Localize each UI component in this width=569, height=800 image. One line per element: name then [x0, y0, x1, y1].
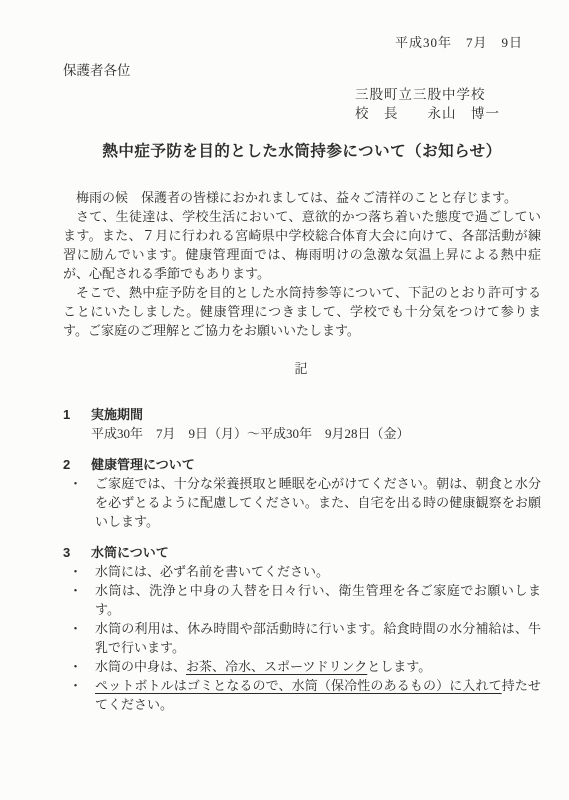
- underlined-allowed-drinks: お茶、冷水、スポーツドリンク: [186, 659, 367, 674]
- underlined-pet-bottle-rule: ペットボトルはゴミとなるので、水筒（保冷性のあるもの）に入れて: [95, 678, 502, 693]
- section-implementation-period: 1 実施期間 平成30年 7月 9日（月）～平成30年 9月28日（金）: [63, 405, 541, 443]
- bullet-marker: ・: [69, 474, 95, 531]
- principal-name: 校 長 永山 博一: [355, 104, 541, 123]
- sender-block: 三股町立三股中学校 校 長 永山 博一: [355, 85, 541, 123]
- bullet-contents-pre: 水筒の中身は、: [95, 659, 186, 674]
- bullet-text: 水筒は、洗浄と中身の入替を日々行い、衛生管理を各ご家庭でお願いします。: [95, 581, 541, 619]
- document-date: 平成30年 7月 9日: [63, 33, 541, 52]
- bullet-item-contents: ・ 水筒の中身は、お茶、冷水、スポーツドリンクとします。: [69, 657, 541, 676]
- bullet-marker: ・: [69, 619, 95, 657]
- section-heading: 健康管理について: [91, 455, 195, 474]
- sections-list: 1 実施期間 平成30年 7月 9日（月）～平成30年 9月28日（金） 2 健…: [63, 405, 541, 714]
- bullet-marker: ・: [69, 676, 95, 714]
- section-number: 3: [63, 543, 91, 562]
- body-text: 梅雨の候 保護者の皆様におかれましては、益々ご清祥のことと存じます。 さて、生徒…: [63, 188, 541, 340]
- bullet-text: 水筒の利用は、休み時間や部活動時に行います。給食時間の水分補給は、牛乳で行います…: [95, 619, 541, 657]
- document-content: 平成30年 7月 9日 保護者各位 三股町立三股中学校 校 長 永山 博一 熱中…: [0, 0, 569, 714]
- section-heading-row: 2 健康管理について: [63, 455, 541, 474]
- bullet-marker: ・: [69, 657, 95, 676]
- section-health-management: 2 健康管理について ・ ご家庭では、十分な栄養摂取と睡眠を心がけてください。朝…: [63, 455, 541, 531]
- recipient-line: 保護者各位: [63, 61, 541, 80]
- bullet-item-pet-bottle: ・ ペットボトルはゴミとなるので、水筒（保冷性のあるもの）に入れて持たせてくださ…: [69, 676, 541, 714]
- bullet-item-hygiene: ・ 水筒は、洗浄と中身の入替を日々行い、衛生管理を各ご家庭でお願いします。: [69, 581, 541, 619]
- document-title: 熱中症予防を目的とした水筒持参について（お知らせ）: [63, 142, 541, 161]
- school-name: 三股町立三股中学校: [355, 85, 541, 104]
- body-paragraph-purpose: そこで、熱中症予防を目的とした水筒持参等について、下記のとおり許可することにいた…: [63, 283, 541, 340]
- bullet-text: ご家庭では、十分な栄養摂取と睡眠を心がけてください。朝は、朝食と水分を必ずとるよ…: [95, 474, 541, 531]
- bullet-text: 水筒の中身は、お茶、冷水、スポーツドリンクとします。: [95, 657, 541, 676]
- bullet-marker: ・: [69, 581, 95, 619]
- body-paragraph-context: さて、生徒達は、学校生活において、意欲的かつ落ち着いた態度で過ごしています。また…: [63, 207, 541, 283]
- document-page: 平成30年 7月 9日 保護者各位 三股町立三股中学校 校 長 永山 博一 熱中…: [0, 0, 569, 800]
- section-number: 2: [63, 455, 91, 474]
- section-water-bottle: 3 水筒について ・ 水筒には、必ず名前を書いてください。 ・ 水筒は、洗浄と中…: [63, 543, 541, 714]
- body-paragraph-greeting: 梅雨の候 保護者の皆様におかれましては、益々ご清祥のことと存じます。: [63, 188, 541, 207]
- section-heading-row: 1 実施期間: [63, 405, 541, 424]
- section-content-period: 平成30年 7月 9日（月）～平成30年 9月28日（金）: [91, 424, 541, 443]
- bullet-item-name-label: ・ 水筒には、必ず名前を書いてください。: [69, 562, 541, 581]
- bullet-text: 水筒には、必ず名前を書いてください。: [95, 562, 541, 581]
- record-marker: 記: [63, 359, 541, 378]
- section-number: 1: [63, 405, 91, 424]
- bullet-marker: ・: [69, 562, 95, 581]
- bullet-contents-post: とします。: [367, 659, 431, 674]
- section-heading: 実施期間: [91, 405, 143, 424]
- section-heading-row: 3 水筒について: [63, 543, 541, 562]
- bullet-item-usage-time: ・ 水筒の利用は、休み時間や部活動時に行います。給食時間の水分補給は、牛乳で行い…: [69, 619, 541, 657]
- bullet-text: ペットボトルはゴミとなるので、水筒（保冷性のあるもの）に入れて持たせてください。: [95, 676, 541, 714]
- bullet-item-nutrition: ・ ご家庭では、十分な栄養摂取と睡眠を心がけてください。朝は、朝食と水分を必ずと…: [69, 474, 541, 531]
- section-heading: 水筒について: [91, 543, 169, 562]
